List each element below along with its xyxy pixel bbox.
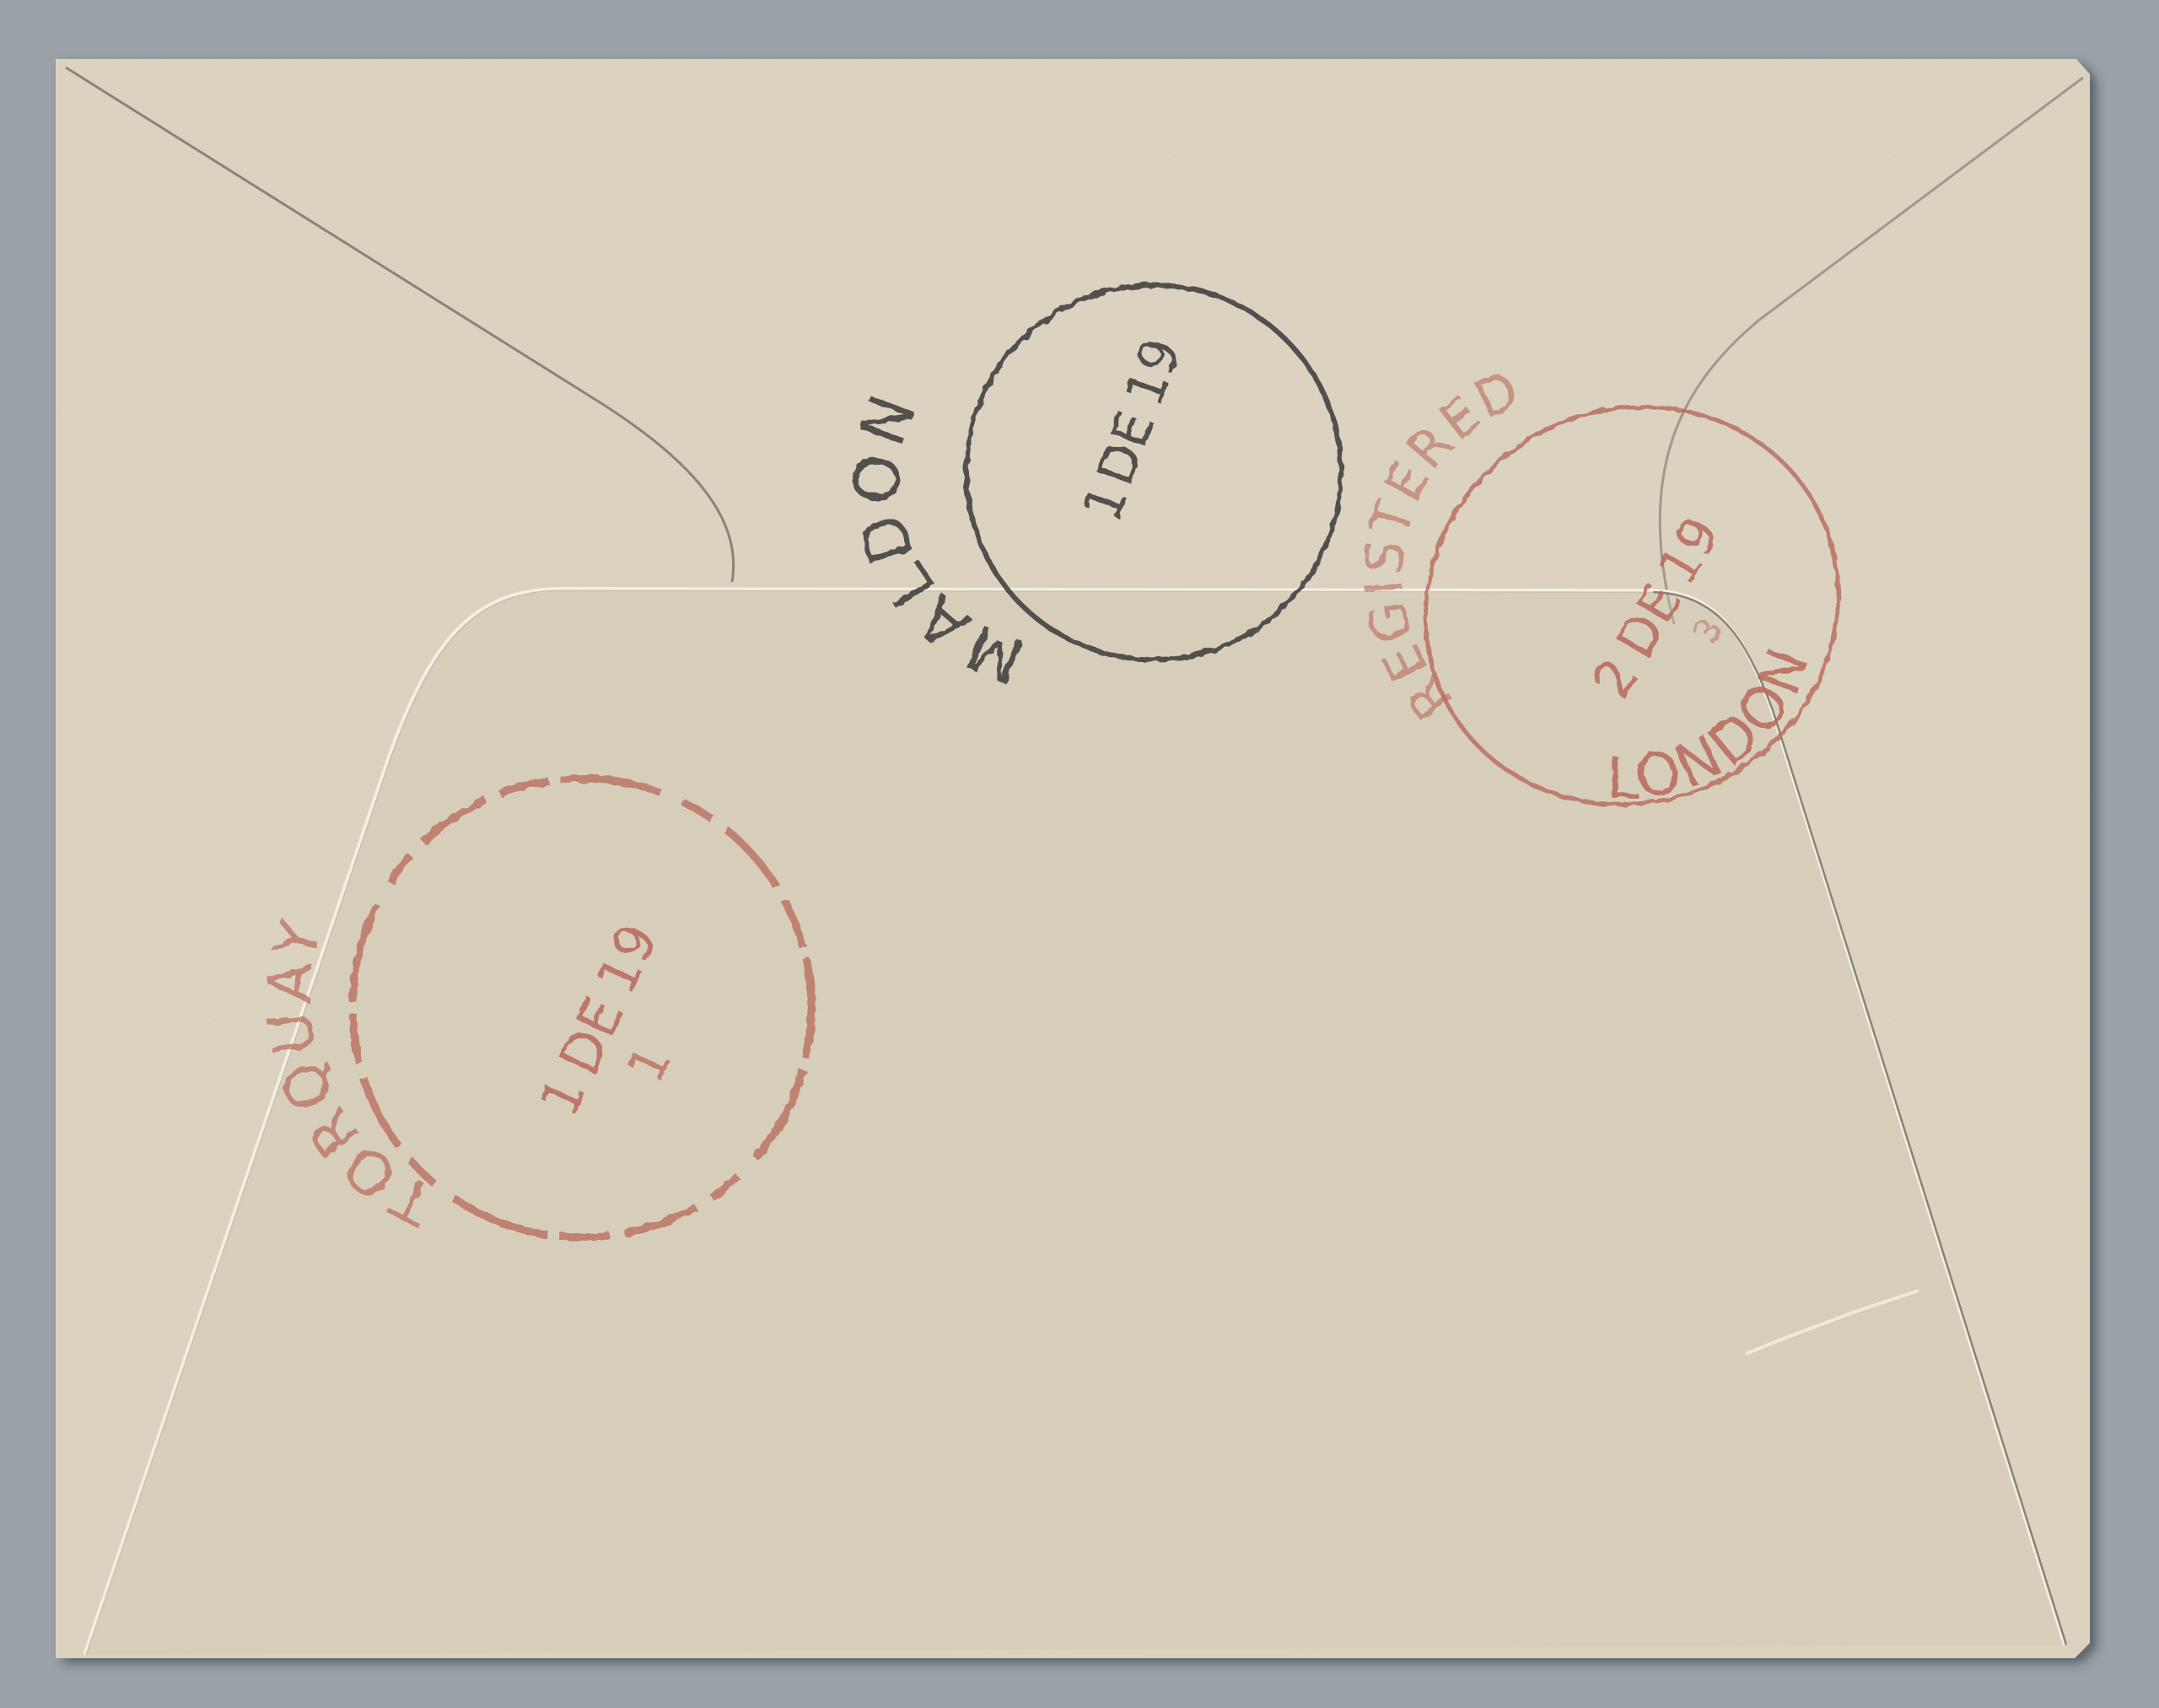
scene: MALDON 1 DE 19 REGISTERED LONDON 2 DE 19… <box>0 0 2159 1708</box>
envelope-back: MALDON 1 DE 19 REGISTERED LONDON 2 DE 19… <box>0 0 2159 1708</box>
